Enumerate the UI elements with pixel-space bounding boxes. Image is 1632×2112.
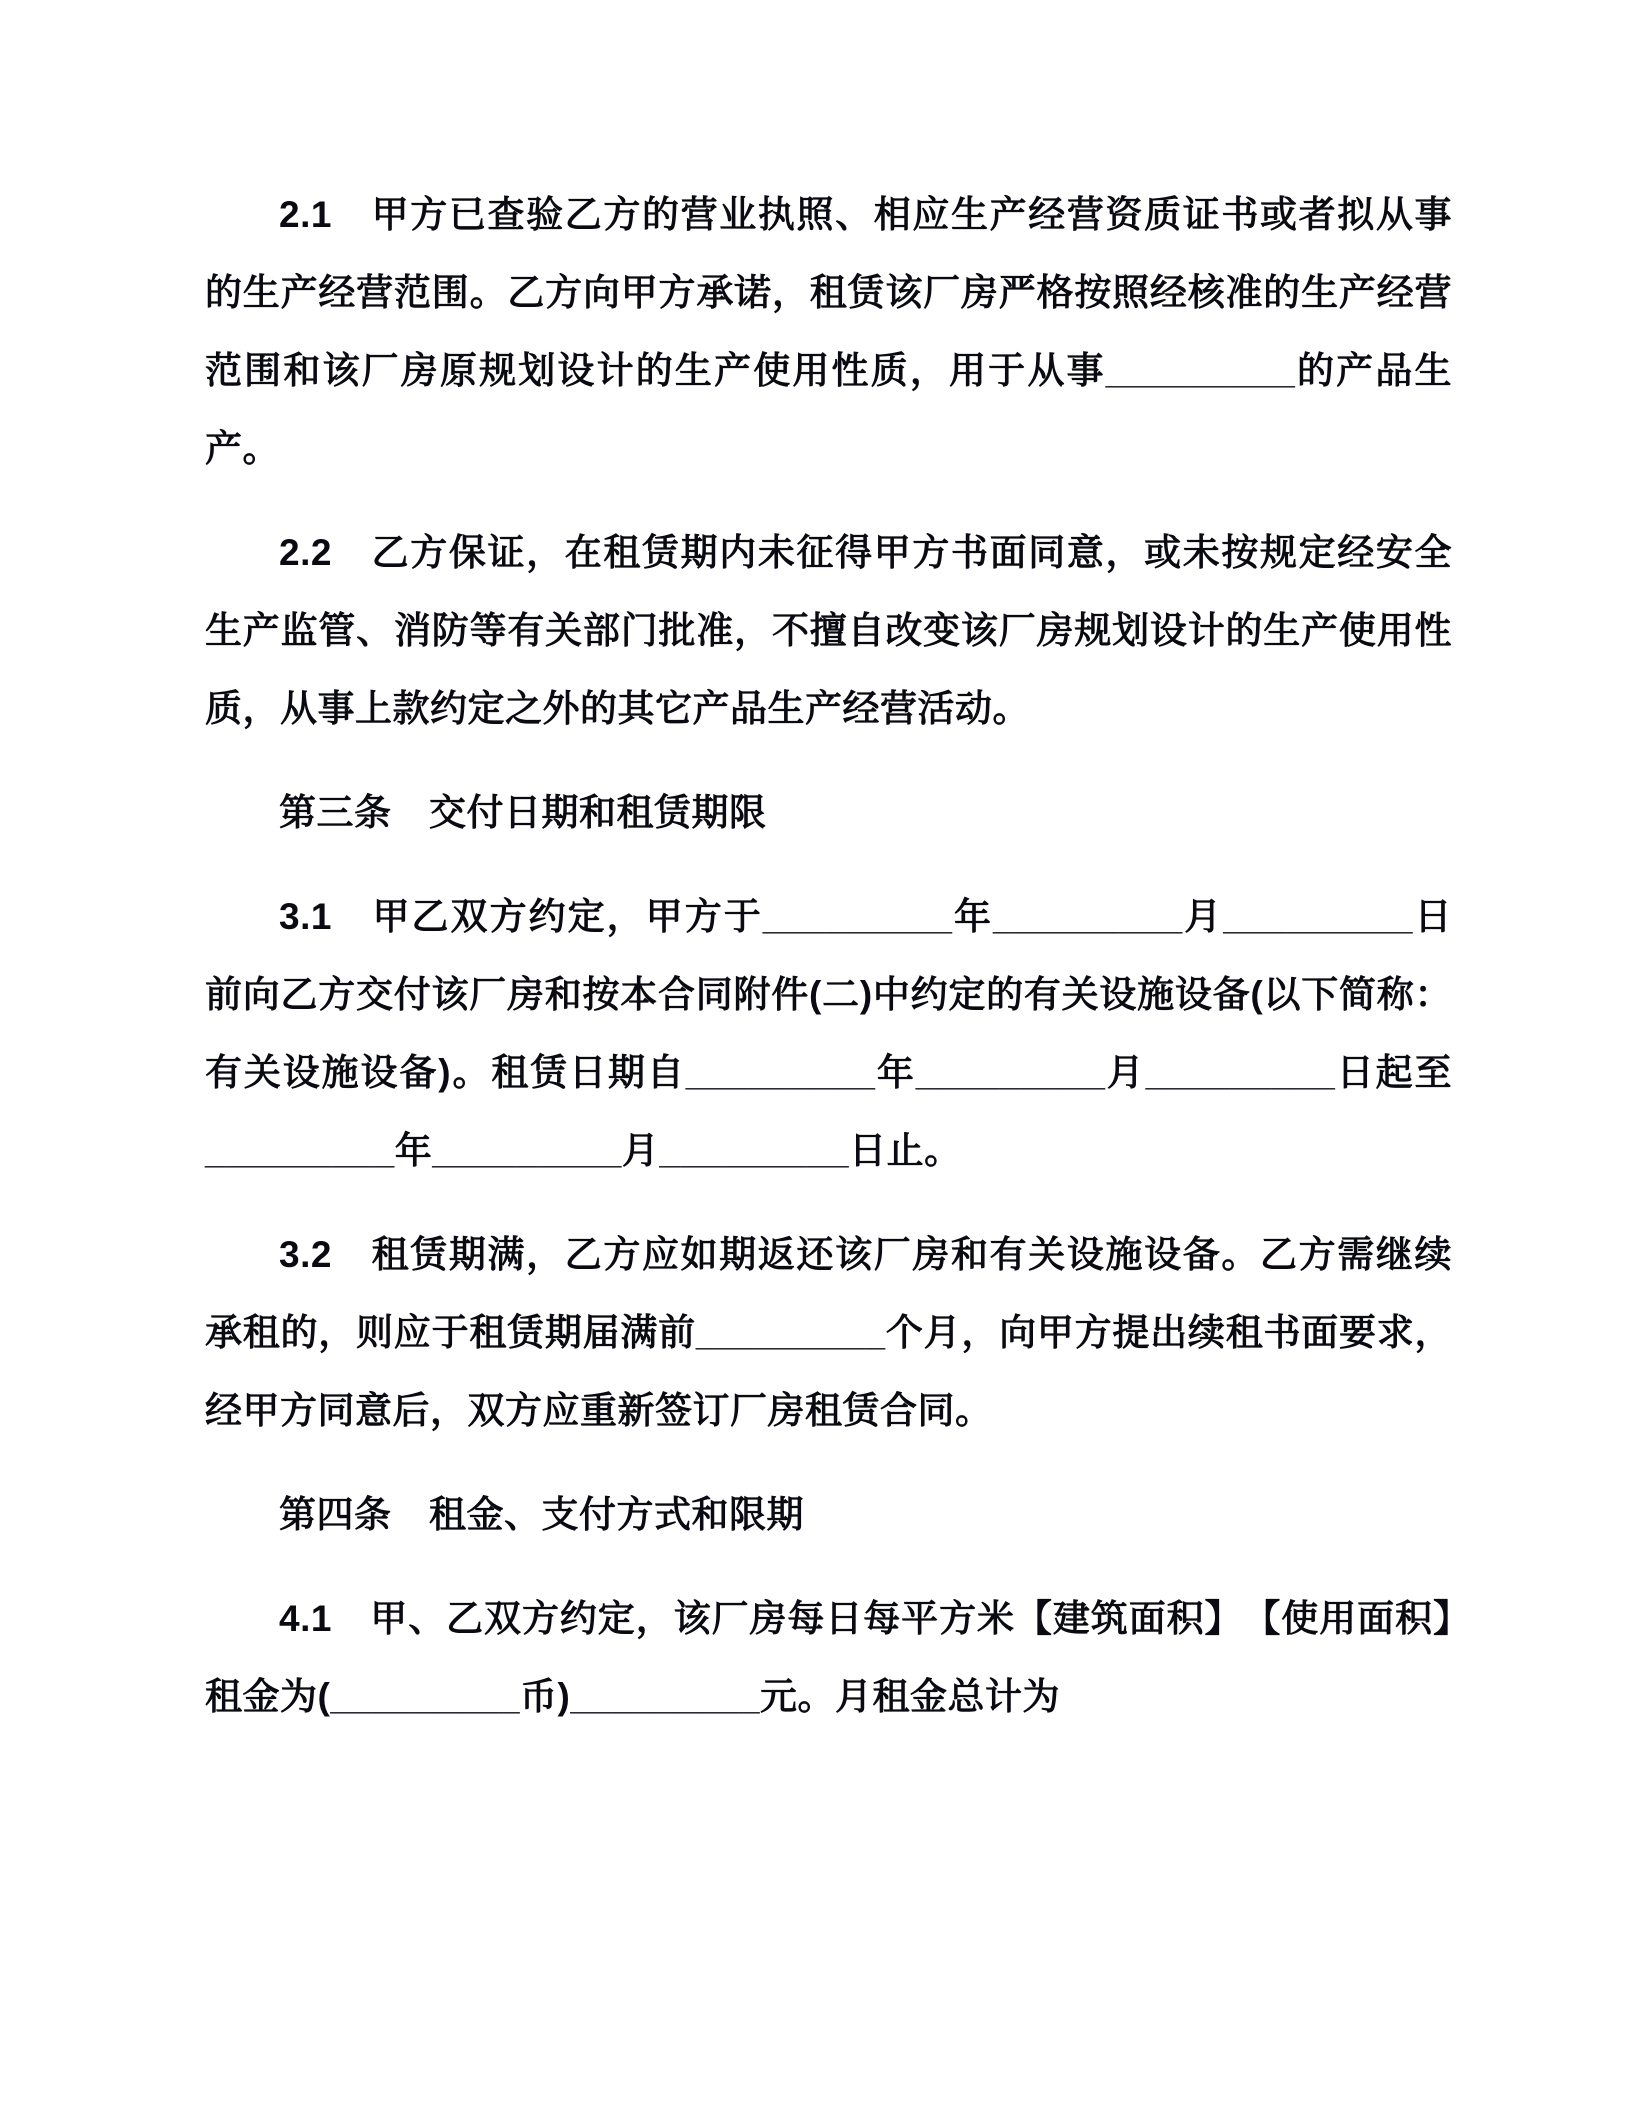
- clause-2-2: 2.2 乙方保证，在租赁期内未征得甲方书面同意，或未按规定经安全生产监管、消防等…: [205, 514, 1452, 748]
- clause-3-1: 3.1 甲乙双方约定，甲方于_________年_________月______…: [205, 878, 1452, 1190]
- clause-4-1: 4.1 甲、乙双方约定，该厂房每日每平方米【建筑面积】 【使用面积】租金为(__…: [205, 1580, 1452, 1736]
- section-heading-three: 第三条 交付日期和租赁期限: [205, 774, 1452, 852]
- section-heading-four: 第四条 租金、支付方式和限期: [205, 1476, 1452, 1554]
- contract-document-page: 2.1 甲方已查验乙方的营业执照、相应生产经营资质证书或者拟从事的生产经营范围。…: [0, 0, 1632, 2112]
- clause-2-1: 2.1 甲方已查验乙方的营业执照、相应生产经营资质证书或者拟从事的生产经营范围。…: [205, 176, 1452, 488]
- clause-3-2: 3.2 租赁期满，乙方应如期返还该厂房和有关设施设备。乙方需继续承租的，则应于租…: [205, 1216, 1452, 1450]
